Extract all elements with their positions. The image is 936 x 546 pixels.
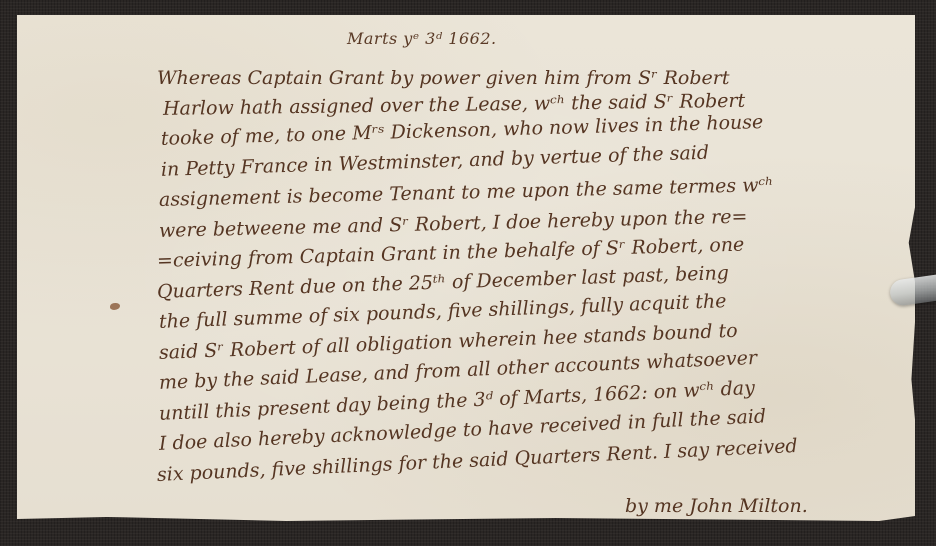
date-heading: Marts yᵉ 3ᵈ 1662. [347,29,497,48]
manuscript-page: Marts yᵉ 3ᵈ 1662. Whereas Captain Grant … [17,15,915,521]
signature: by me John Milton. [625,495,808,517]
ink-stain [110,303,120,310]
receipt-body: Whereas Captain Grant by power given him… [157,63,936,490]
